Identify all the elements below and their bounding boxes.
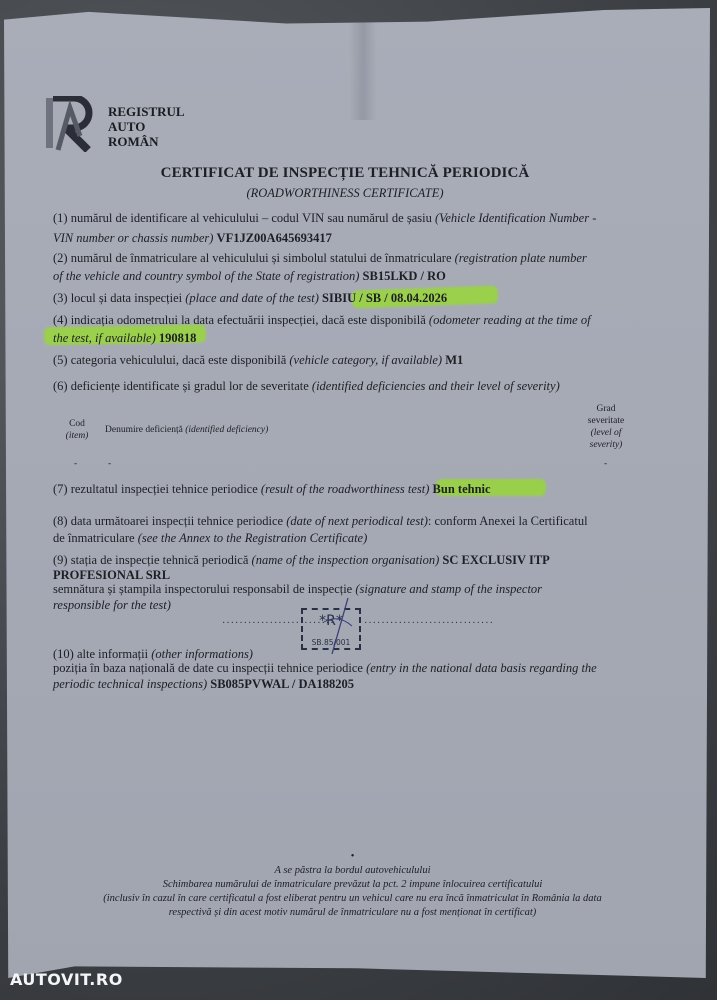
field-1-label-en: (Vehicle Identification Number - xyxy=(435,211,596,225)
field-6-label: (6) deficiențe identificate și gradul lo… xyxy=(53,379,309,393)
field-8-line-2: de înmatriculare (see the Annex to the R… xyxy=(53,529,367,547)
next-test-value: : conform Anexei la Certificatul xyxy=(428,514,588,528)
next-test-value-cont: de înmatriculare xyxy=(53,531,135,545)
field-6-label-en: (identified deficiencies and their level… xyxy=(312,379,560,393)
footer-line-3: (inclusiv în cazul în care certificatul … xyxy=(0,892,711,906)
col-code-label: Cod xyxy=(62,418,92,430)
field-7-label-en: (result of the roadworthiness test) xyxy=(261,482,430,496)
org-line-1: REGISTRUL xyxy=(108,104,185,119)
field-1-line-1: (1) numărul de identificare al vehiculul… xyxy=(53,209,596,227)
field-8-label-en: (date of next periodical test) xyxy=(286,514,428,528)
field-9-label: (9) stația de inspecție tehnică periodic… xyxy=(53,553,248,567)
field-1-label-en-cont: VIN number or chassis number) xyxy=(53,231,213,245)
signature-line-2: responsible for the test) xyxy=(53,596,171,614)
field-7-line: (7) rezultatul inspecției tehnice period… xyxy=(53,480,491,498)
next-test-value-en: (see the Annex to the Registration Certi… xyxy=(138,531,368,545)
field-4-label: (4) indicația odometrului la data efectu… xyxy=(53,313,426,327)
org-line-2: AUTO xyxy=(108,119,185,134)
signature-label-en: (signature and stamp of the inspector xyxy=(355,582,542,596)
col-severity-label-en-2: severity) xyxy=(575,439,637,451)
registrul-auto-roman-logo-icon xyxy=(44,96,100,152)
document-subtitle: (ROADWORTHINESS CERTIFICATE) xyxy=(0,186,690,201)
national-db-entry-value: SB085PVWAL / DA188205 xyxy=(210,677,354,691)
test-result-value: Bun tehnic xyxy=(433,482,491,496)
col-code-header: Cod (item) xyxy=(62,418,92,442)
col-name-label: Denumire deficiență xyxy=(105,425,183,435)
field-8-line-1: (8) data următoarei inspecții tehnice pe… xyxy=(53,512,588,530)
field-4-label-en-cont: the test, if available) xyxy=(53,331,156,345)
field-8-label: (8) data următoarei inspecții tehnice pe… xyxy=(53,514,283,528)
field-2-label-en: (registration plate number xyxy=(455,251,587,265)
field-1-line-2: VIN number or chassis number) VF1JZ00A64… xyxy=(53,229,332,247)
signature-stroke-icon xyxy=(318,596,358,656)
registration-plate-value: SB15LKD / RO xyxy=(363,269,446,283)
national-db-label: poziția în baza națională de date cu ins… xyxy=(53,661,363,675)
vehicle-category-value: M1 xyxy=(445,353,463,367)
odometer-value: 190818 xyxy=(159,331,197,345)
field-2-line-2: of the vehicle and country symbol of the… xyxy=(53,267,446,285)
signature-dotted-line-right: ······························ xyxy=(364,618,494,629)
field-2-line-1: (2) numărul de înmatriculare al vehiculu… xyxy=(53,249,587,267)
place-date-value: SIBIU / SB / 08.04.2026 xyxy=(322,291,447,305)
col-severity-label-2: severitate xyxy=(575,415,637,427)
signature-label: semnătura și ștampila inspectorului resp… xyxy=(53,582,352,596)
table-row-severity: - xyxy=(604,458,607,470)
col-name-label-en: (identified deficiency) xyxy=(185,425,268,435)
field-4-label-en: (odometer reading at the time of xyxy=(429,313,591,327)
document-title: CERTIFICAT DE INSPECȚIE TEHNICĂ PERIODIC… xyxy=(0,165,690,182)
org-line-3: ROMÂN xyxy=(108,134,185,149)
field-2-label: (2) numărul de înmatriculare al vehiculu… xyxy=(53,251,452,265)
national-db-label-en: (entry in the national data basis regard… xyxy=(366,661,597,675)
field-5-label-en: (vehicle category, if available) xyxy=(289,353,442,367)
field-9-label-en: (name of the inspection organisation) xyxy=(252,553,440,567)
paper-crease xyxy=(349,20,377,120)
field-3-label-en: (place and date of the test) xyxy=(185,291,319,305)
field-1-label: (1) numărul de identificare al vehiculul… xyxy=(53,211,432,225)
footer-bullet: • xyxy=(0,850,711,864)
org-name: REGISTRUL AUTO ROMÂN xyxy=(108,104,185,149)
signature-label-en-cont: responsible for the test) xyxy=(53,598,171,612)
field-4-line-2: the test, if available) 190818 xyxy=(53,329,196,347)
col-severity-label-en: (level of xyxy=(575,427,637,439)
col-severity-header: Grad severitate (level of severity) xyxy=(575,403,637,451)
inspection-org-value: SC EXCLUSIV ITP xyxy=(442,553,549,567)
field-7-label: (7) rezultatul inspecției tehnice period… xyxy=(53,482,258,496)
field-5-label: (5) categoria vehiculului, dacă este dis… xyxy=(53,353,286,367)
national-db-label-en-cont: periodic technical inspections) xyxy=(53,677,207,691)
col-code-label-en: (item) xyxy=(66,431,89,441)
field-3-line: (3) locul și data inspecției (place and … xyxy=(53,289,447,307)
field-3-label: (3) locul și data inspecției xyxy=(53,291,182,305)
col-name-header: Denumire deficiență (identified deficien… xyxy=(105,424,268,436)
table-row-code: - xyxy=(74,458,77,470)
footer-line-4: respectivă și din acest motiv numărul de… xyxy=(0,906,711,920)
field-2-label-en-cont: of the vehicle and country symbol of the… xyxy=(53,269,359,283)
col-severity-label: Grad xyxy=(575,403,637,415)
autovit-watermark: AUTOVIT.RO xyxy=(10,970,123,989)
vin-value: VF1JZ00A645693417 xyxy=(217,231,332,245)
national-db-line-2: periodic technical inspections) SB085PVW… xyxy=(53,675,354,693)
field-5-line: (5) categoria vehiculului, dacă este dis… xyxy=(53,351,463,369)
field-4-line-1: (4) indicația odometrului la data efectu… xyxy=(53,311,591,329)
table-row-name: - xyxy=(108,458,111,470)
footer-line-2: Schimbarea numărului de înmatriculare pr… xyxy=(0,878,711,892)
field-6-line: (6) deficiențe identificate și gradul lo… xyxy=(53,377,560,395)
footer-line-1: A se păstra la bordul autovehiculului xyxy=(0,864,711,878)
